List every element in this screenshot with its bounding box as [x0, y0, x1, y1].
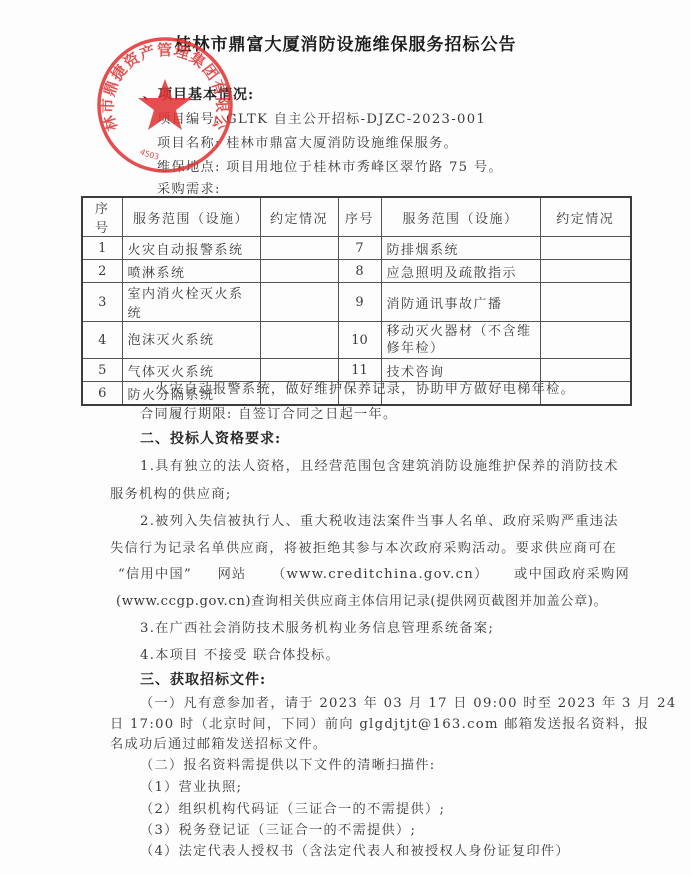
header-agreed: 约定情况 — [260, 197, 338, 237]
procurement-label: 采购需求: — [157, 178, 221, 197]
agreed-status — [540, 260, 631, 283]
maintenance-note: 火灾自动报警系统，做好维护保养记录，协助甲方做好电梯年检。 — [155, 378, 575, 397]
qualification-item-2-cont: 失信行为记录名单供应商，将被拒绝其参与本次政府采购活动。要求供应商可在 — [110, 537, 617, 556]
agreed-status — [260, 237, 338, 260]
row-number: 3 — [82, 283, 122, 322]
website-label: 网站 — [218, 563, 247, 582]
registration-period-cont: 日 17:00 时（北京时间，下同）前向 glgdjtjt@163.com 邮箱… — [110, 713, 649, 732]
agreed-status — [540, 322, 631, 359]
official-seal-icon: 桂林市鼎捷资产管理集团有限公司 4503 — [95, 35, 235, 175]
procurement-table: 序号 服务范围（设施） 约定情况 序号 服务范围（设施） 约定情况 1 火灾自动… — [81, 196, 632, 406]
project-number: 项目编号: GLTK 自主公开招标-DJZC-2023-001 — [157, 108, 486, 127]
service-scope: 泡沫灭火系统 — [122, 322, 260, 359]
table-row: 1 火灾自动报警系统 7 防排烟系统 — [82, 237, 631, 260]
row-number: 9 — [338, 283, 381, 322]
row-number: 2 — [82, 260, 122, 283]
table-header-row: 序号 服务范围（设施） 约定情况 序号 服务范围（设施） 约定情况 — [82, 197, 631, 237]
qualification-item-2-credit: “信用中国” 网站 （www.creditchina.gov.cn） 或中国政府… — [118, 563, 630, 582]
contract-term: 合同履行期限: 自签订合同之日起一年。 — [140, 403, 398, 422]
registration-period-cont-2: 名成功后通过邮箱发送招标文件。 — [110, 733, 327, 752]
service-scope: 喷淋系统 — [122, 260, 260, 283]
document-title: 桂林市鼎富大厦消防设施维保服务招标公告 — [0, 30, 691, 55]
section2-heading: 二、投标人资格要求: — [140, 428, 281, 448]
required-doc-item: （2）组织机构代码证（三证合一的不需提供）; — [140, 798, 445, 817]
header-scope: 服务范围（设施） — [122, 197, 260, 237]
service-scope: 防排烟系统 — [381, 237, 540, 260]
service-scope: 移动灭火器材（不含维修年检） — [381, 322, 540, 359]
service-scope: 火灾自动报警系统 — [122, 237, 260, 260]
registration-period: （一）凡有意参加者，请于 2023 年 03 月 17 日 09:00 时至 2… — [140, 692, 677, 711]
required-docs-intro: （二）报名资料需提供以下文件的清晰扫描件: — [140, 754, 436, 773]
agreed-status — [540, 237, 631, 260]
row-number: 6 — [82, 382, 122, 406]
qualification-item-1: 1.具有独立的法人资格，且经营范围包含建筑消防设施维护保养的消防技术 — [140, 455, 619, 474]
service-scope: 消防通讯事故广播 — [381, 283, 540, 322]
header-scope: 服务范围（设施） — [381, 197, 540, 237]
agreed-status — [260, 322, 338, 359]
row-number: 4 — [82, 322, 122, 359]
section3-heading: 三、获取招标文件: — [140, 669, 266, 689]
qualification-item-3: 3.在广西社会消防技术服务机构业务信息管理系统备案; — [140, 617, 494, 636]
row-number: 8 — [338, 260, 381, 283]
row-number: 10 — [338, 322, 381, 359]
ccgp-label: 或中国政府采购网 — [514, 563, 630, 582]
agreed-status — [260, 260, 338, 283]
required-doc-item: （1）营业执照; — [140, 776, 242, 795]
table-row: 4 泡沫灭火系统 10 移动灭火器材（不含维修年检） — [82, 322, 631, 359]
header-no: 序号 — [338, 197, 381, 237]
creditchina-url: （www.creditchina.gov.cn） — [272, 563, 489, 582]
service-scope: 应急照明及疏散指示 — [381, 260, 540, 283]
qualification-item-1-cont: 服务机构的供应商; — [110, 483, 232, 502]
required-doc-item: （3）税务登记证（三证合一的不需提供）; — [140, 819, 416, 838]
row-number: 7 — [338, 237, 381, 260]
document-page: 桂林市鼎富大厦消防设施维保服务招标公告 、项目基本情况: 项目编号: GLTK … — [0, 0, 691, 875]
agreed-status — [260, 283, 338, 322]
section1-heading: 、项目基本情况: — [143, 84, 254, 104]
maintenance-location: 维保地点: 项目用地位于桂林市秀峰区翠竹路 75 号。 — [157, 156, 503, 175]
agreed-status — [540, 283, 631, 322]
required-doc-item: （4）法定代表人授权书（含法定代表人和被授权人身份证复印件） — [140, 840, 570, 859]
header-agreed: 约定情况 — [540, 197, 631, 237]
qualification-item-4: 4.本项目 不接受 联合体投标。 — [140, 644, 340, 663]
table-row: 2 喷淋系统 8 应急照明及疏散指示 — [82, 260, 631, 283]
qualification-item-2: 2.被列入失信被执行人、重大税收违法案件当事人名单、政府采购严重违法 — [140, 510, 619, 529]
qualification-item-2-ccgp: (www.ccgp.gov.cn)查询相关供应商主体信用记录(提供网页截图并加盖… — [116, 590, 607, 609]
credit-china-label: “信用中国” — [118, 563, 192, 582]
row-number: 1 — [82, 237, 122, 260]
header-no: 序号 — [82, 197, 122, 237]
table-row: 3 室内消火栓灭火系统 9 消防通讯事故广播 — [82, 283, 631, 322]
project-name: 项目名称: 桂林市鼎富大厦消防设施维保服务。 — [157, 132, 458, 151]
service-scope: 室内消火栓灭火系统 — [122, 283, 260, 322]
row-number: 5 — [82, 359, 122, 382]
